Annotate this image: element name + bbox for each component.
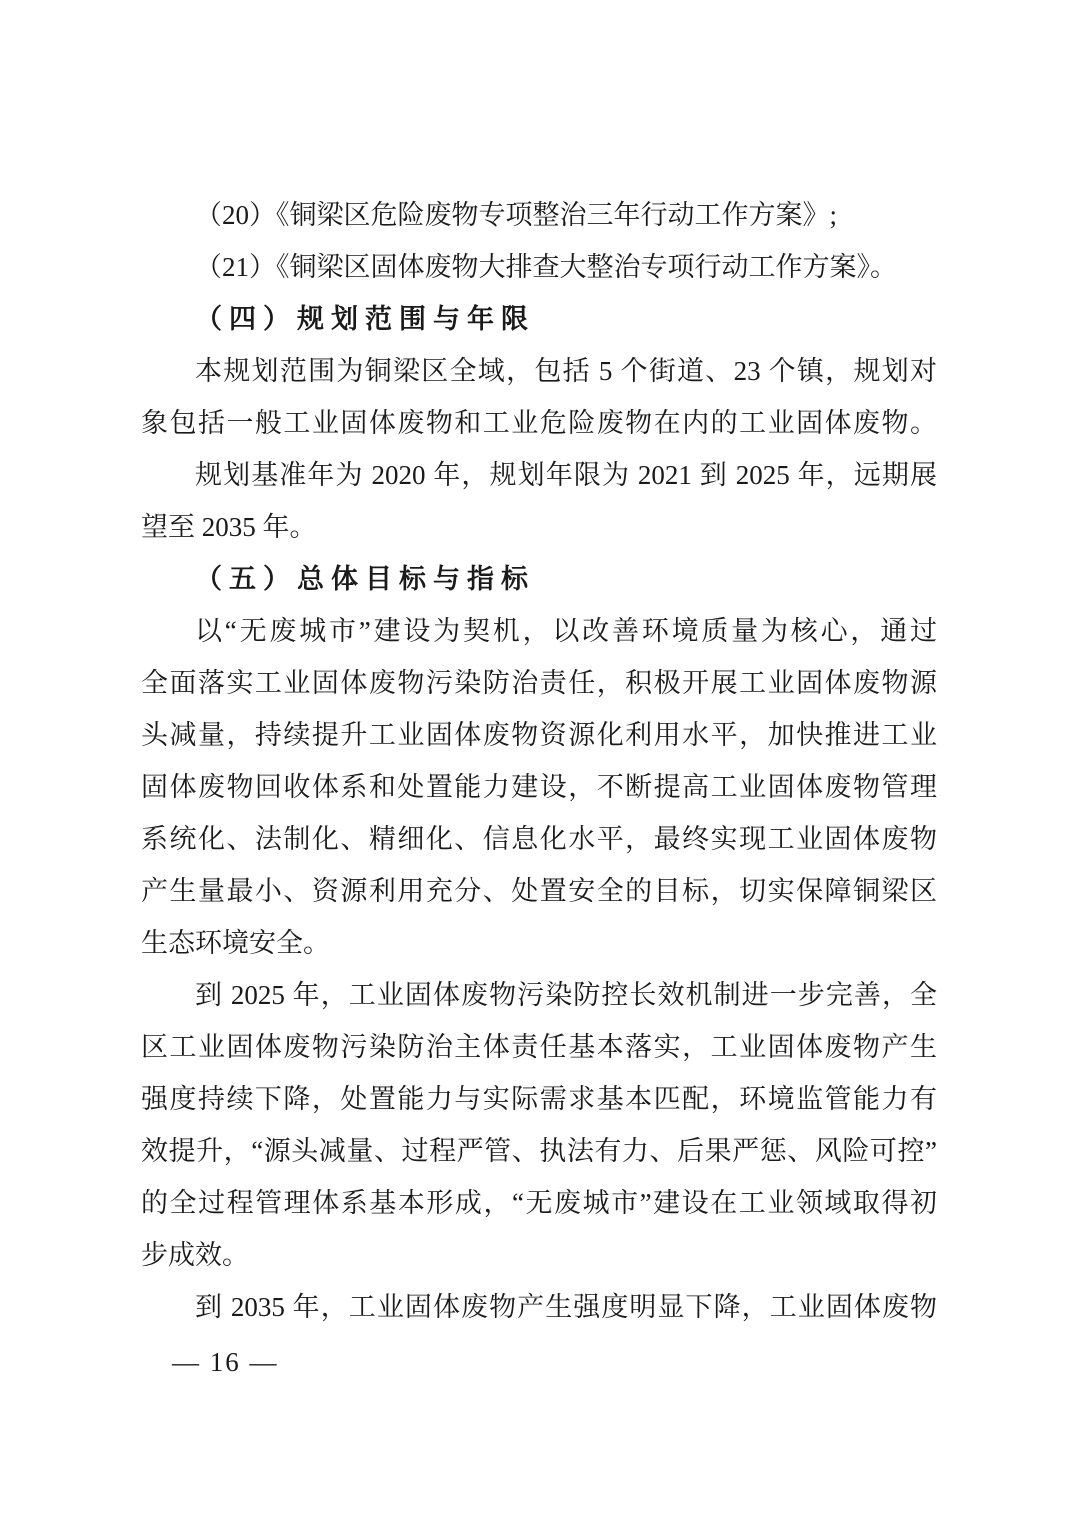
section-heading: （五）总体目标与指标 (141, 553, 937, 605)
doc-line: 以“无废城市”建设为契机，以改善环境质量为核心，通过 (141, 605, 937, 657)
list-item: （21）《铜梁区固体废物大排查大整治专项行动工作方案》。 (141, 241, 937, 293)
doc-line: 象包括一般工业固体废物和工业危险废物在内的工业固体废物。 (141, 397, 937, 449)
doc-line: 效提升，“源头减量、过程严管、执法有力、后果严惩、风险可控” (141, 1125, 937, 1177)
doc-line: 到 2025 年，工业固体废物污染防控长效机制进一步完善，全 (141, 969, 937, 1021)
list-item: （20）《铜梁区危险废物专项整治三年行动工作方案》; (141, 189, 937, 241)
doc-line: 本规划范围为铜梁区全域，包括 5 个街道、23 个镇，规划对 (141, 345, 937, 397)
doc-line: 产生量最小、资源利用充分、处置安全的目标，切实保障铜梁区 (141, 865, 937, 917)
doc-line: 全面落实工业固体废物污染防治责任，积极开展工业固体废物源 (141, 657, 937, 709)
doc-line: 步成效。 (141, 1229, 937, 1281)
doc-line: 区工业固体废物污染防治主体责任基本落实，工业固体废物产生 (141, 1021, 937, 1073)
page-number: — 16 — (172, 1342, 279, 1382)
doc-line: 头减量，持续提升工业固体废物资源化利用水平，加快推进工业 (141, 709, 937, 761)
document-body: （20）《铜梁区危险废物专项整治三年行动工作方案》; （21）《铜梁区固体废物大… (141, 189, 937, 1333)
doc-line: 强度持续下降，处置能力与实际需求基本匹配，环境监管能力有 (141, 1073, 937, 1125)
doc-line: 到 2035 年，工业固体废物产生强度明显下降，工业固体废物 (141, 1281, 937, 1333)
doc-line: 系统化、法制化、精细化、信息化水平，最终实现工业固体废物 (141, 813, 937, 865)
doc-line: 望至 2035 年。 (141, 501, 937, 553)
doc-line: 生态环境安全。 (141, 917, 937, 969)
section-heading: （四）规划范围与年限 (141, 293, 937, 345)
doc-line: 的全过程管理体系基本形成，“无废城市”建设在工业领域取得初 (141, 1177, 937, 1229)
doc-line: 规划基准年为 2020 年，规划年限为 2021 到 2025 年，远期展 (141, 449, 937, 501)
document-page: （20）《铜梁区危险废物专项整治三年行动工作方案》; （21）《铜梁区固体废物大… (0, 0, 1074, 1520)
doc-line: 固体废物回收体系和处置能力建设，不断提高工业固体废物管理 (141, 761, 937, 813)
